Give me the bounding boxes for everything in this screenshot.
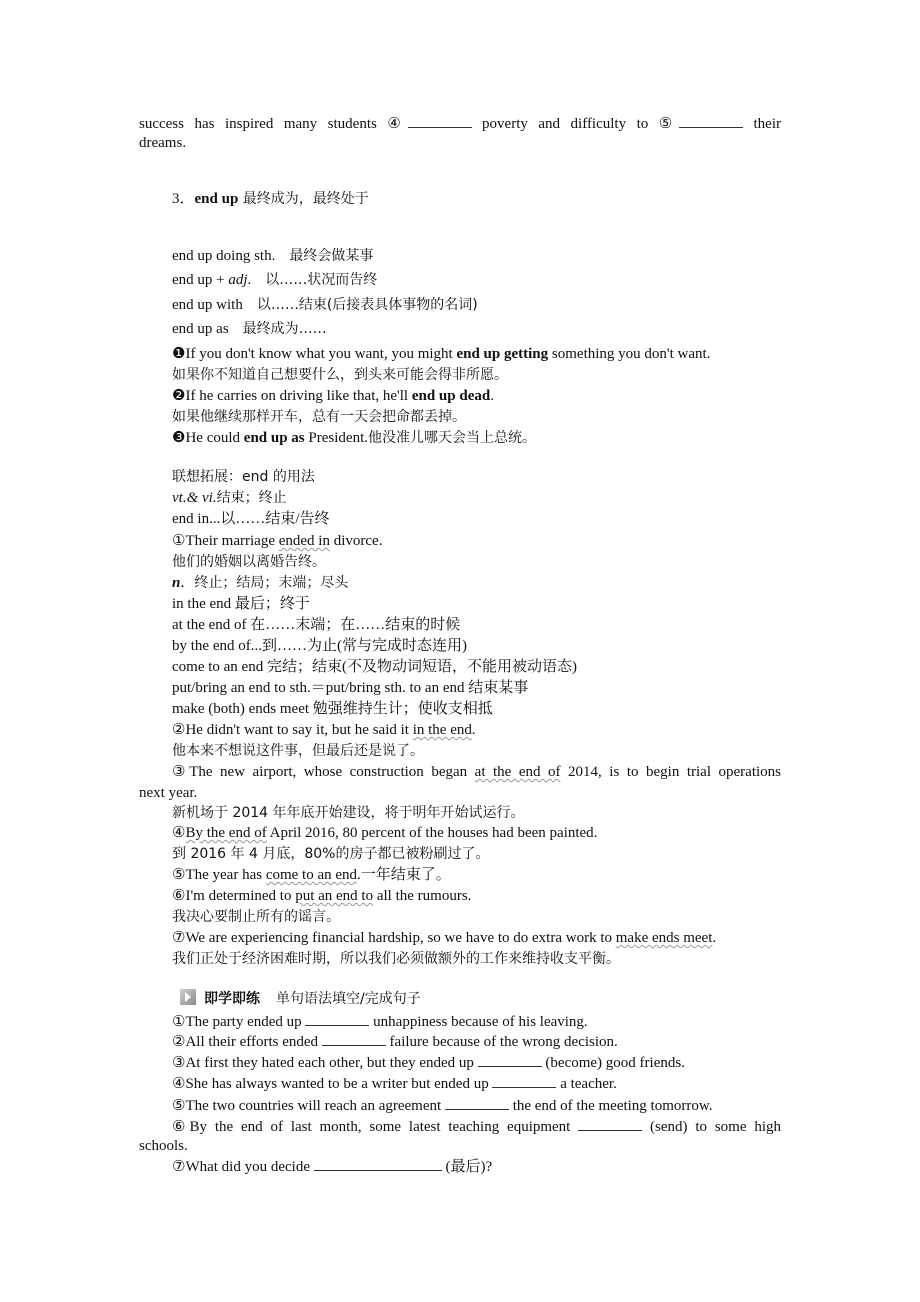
practice-item-6-cont: schools. bbox=[139, 1136, 188, 1156]
blank-5[interactable] bbox=[679, 113, 743, 128]
ext-example-4: ④By the end of April 2016, 80 percent of… bbox=[172, 823, 597, 843]
phrase-5: put/bring an end to sth.＝put/bring sth. … bbox=[172, 678, 528, 698]
ext-example-2-cn: 他本来不想说这件事，但最后还是说了。 bbox=[172, 741, 424, 761]
ext-example-6: ⑥I'm determined to put an end to all the… bbox=[172, 886, 471, 906]
example-2-cn: 如果他继续那样开车，总有一天会把命都丢掉。 bbox=[172, 407, 466, 427]
phrase-1: in the end 最后；终于 bbox=[172, 594, 310, 614]
practice-item-1: ①The party ended up unhappiness because … bbox=[172, 1011, 588, 1032]
arrow-icon bbox=[180, 989, 196, 1005]
usage-2: end up + adj.以……状况而告终 bbox=[172, 270, 377, 290]
practice-item-5: ⑤The two countries will reach an agreeme… bbox=[172, 1095, 713, 1116]
extension-example-1: ①Their marriage ended in divorce. bbox=[172, 531, 382, 551]
extension-example-1-cn: 他们的婚姻以离婚告终。 bbox=[172, 552, 326, 572]
practice-heading: 即学即练单句语法填空/完成句子 bbox=[180, 989, 421, 1009]
practice-item-2: ②All their efforts ended failure because… bbox=[172, 1031, 618, 1052]
usage-1: end up doing sth.最终会做某事 bbox=[172, 246, 373, 266]
phrase-6: make (both) ends meet 勉强维持生计；使收支相抵 bbox=[172, 699, 493, 719]
ext-example-6-cn: 我决心要制止所有的谣言。 bbox=[172, 907, 340, 927]
ext-example-7: ⑦We are experiencing financial hardship,… bbox=[172, 928, 716, 948]
practice-blank-6[interactable] bbox=[578, 1116, 642, 1131]
ext-example-7-cn: 我们正处于经济困难时期，所以我们必须做额外的工作来维持收支平衡。 bbox=[172, 949, 620, 969]
ext-example-2: ②He didn't want to say it, but he said i… bbox=[172, 720, 476, 740]
blank-4[interactable] bbox=[408, 113, 472, 128]
example-1-cn: 如果你不知道自己想要什么，到头来可能会得非所愿。 bbox=[172, 365, 508, 385]
ext-example-4-cn: 到 2016 年 4 月底，80%的房子都已被粉刷过了。 bbox=[172, 844, 489, 864]
practice-blank-1[interactable] bbox=[305, 1011, 369, 1026]
phrase-2: at the end of 在……末端；在……结束的时候 bbox=[172, 615, 460, 635]
usage-4: end up as最终成为…… bbox=[172, 319, 327, 339]
ext-example-5: ⑤The year has come to an end.一年结束了。 bbox=[172, 865, 451, 885]
practice-item-7: ⑦What did you decide (最后)? bbox=[172, 1156, 492, 1177]
intro-line-2: dreams. bbox=[139, 133, 186, 153]
practice-item-6: ⑥By the end of last month, some latest t… bbox=[139, 1116, 781, 1137]
extension-vt: vt.& vi.结束；终止 bbox=[172, 488, 287, 508]
intro-line-1: success has inspired many students ④ pov… bbox=[139, 113, 781, 134]
practice-blank-5[interactable] bbox=[445, 1095, 509, 1110]
practice-blank-3[interactable] bbox=[478, 1052, 542, 1067]
phrase-3: by the end of...到……为止(常与完成时态连用) bbox=[172, 636, 467, 656]
ext-example-3-cn: 新机场于 2014 年年底开始建设，将于明年开始试运行。 bbox=[172, 803, 525, 823]
ext-example-3-cont: next year. bbox=[139, 783, 197, 803]
practice-item-4: ④She has always wanted to be a writer bu… bbox=[172, 1073, 617, 1094]
example-3: ❸He could end up as President.他没准儿哪天会当上总… bbox=[172, 428, 536, 448]
extension-title: 联想拓展：end 的用法 bbox=[172, 467, 315, 487]
usage-3: end up with以……结束(后接表具体事物的名词) bbox=[172, 295, 478, 315]
phrase-4: come to an end 完结；结束(不及物动词短语，不能用被动语态) bbox=[172, 657, 577, 677]
extension-noun: n．终止；结局；末端；尽头 bbox=[172, 573, 348, 593]
practice-blank-4[interactable] bbox=[492, 1073, 556, 1088]
practice-blank-2[interactable] bbox=[322, 1031, 386, 1046]
extension-end-in: end in...以……结束/告终 bbox=[172, 509, 330, 529]
example-2: ❷If he carries on driving like that, he'… bbox=[172, 386, 494, 406]
practice-blank-7[interactable] bbox=[314, 1156, 442, 1171]
example-1: ❶If you don't know what you want, you mi… bbox=[172, 344, 710, 364]
practice-item-3: ③At first they hated each other, but the… bbox=[172, 1052, 685, 1073]
section-3-heading: 3．end up 最终成为，最终处于 bbox=[172, 189, 369, 209]
ext-example-3: ③The new airport, whose construction beg… bbox=[139, 762, 781, 782]
